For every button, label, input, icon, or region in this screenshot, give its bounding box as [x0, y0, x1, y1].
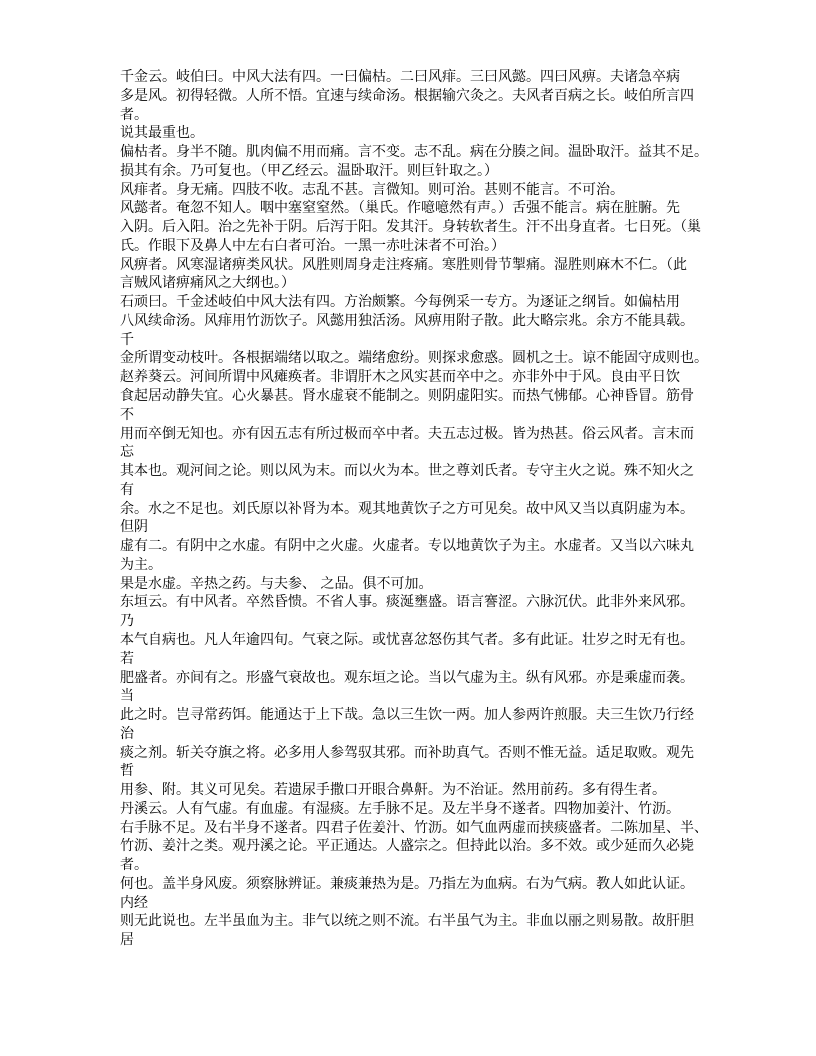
text-line: 虚有二。有阴中之水虚。有阴中之火虚。火虚者。专以地黄饮子为主。水虚者。又当以六味…: [120, 537, 720, 556]
text-line: 则无此说也。左半虽血为主。非气以统之则不流。右半虽气为主。非血以丽之则易散。故肝…: [120, 912, 720, 931]
text-line: 竹沥、姜汁之类。观丹溪之论。平正通达。人盛宗之。但持此以治。多不效。或少延而久必…: [120, 837, 720, 856]
text-line: 用参、附。其义可见矣。若遗尿手撒口开眼合鼻鼾。为不治证。然用前药。多有得生者。: [120, 781, 720, 800]
text-line: 肥盛者。亦间有之。形盛气衰故也。观东垣之论。当以气虚为主。纵有风邪。亦是乘虚而袭…: [120, 669, 720, 688]
text-line: 哲: [120, 762, 720, 781]
text-line: 者。: [120, 856, 720, 875]
text-line: 偏枯者。身半不随。肌肉偏不用而痛。言不变。志不乱。病在分腠之间。温卧取汗。益其不…: [120, 143, 720, 162]
text-line: 当: [120, 687, 720, 706]
text-line: 食起居动静失宜。心火暴甚。肾水虚衰不能制之。则阴虚阳实。而热气怫郁。心神昏冒。筋…: [120, 387, 720, 406]
text-line: 千金云。岐伯曰。中风大法有四。一曰偏枯。二曰风痱。三曰风懿。四曰风痹。夫诸急卒病: [120, 68, 720, 87]
text-line: 丹溪云。人有气虚。有血虚。有湿痰。左手脉不足。及左半身不遂者。四物加姜汁、竹沥。: [120, 800, 720, 819]
text-line: 金所谓变动枝叶。各根据端绪以取之。端绪愈纷。则探求愈惑。圆机之士。谅不能固守成则…: [120, 349, 720, 368]
text-line: 说其最重也。: [120, 124, 720, 143]
text-line: 其本也。观河间之论。则以风为末。而以火为本。世之尊刘氏者。专守主火之说。殊不知火…: [120, 462, 720, 481]
text-line: 内经: [120, 894, 720, 913]
text-line: 风痹者。风寒湿诸痹类风状。风胜则周身走注疼痛。寒胜则骨节掣痛。湿胜则麻木不仁。（…: [120, 256, 720, 275]
text-line: 若: [120, 650, 720, 669]
text-line: 氏。作眼下及鼻人中左右白者可治。一黑一赤吐沫者不可治。）: [120, 237, 720, 256]
text-line: 乃: [120, 612, 720, 631]
text-line: 余。水之不足也。刘氏原以补肾为本。观其地黄饮子之方可见矣。故中风又当以真阴虚为本…: [120, 500, 720, 519]
text-line: 损其有余。乃可复也。（甲乙经云。温卧取汗。则巨针取之。）: [120, 162, 720, 181]
text-line: 不: [120, 406, 720, 425]
text-line: 本气自病也。凡人年逾四旬。气衰之际。或忧喜忿怒伤其气者。多有此证。壮岁之时无有也…: [120, 631, 720, 650]
text-line: 石顽曰。千金述岐伯中风大法有四。方治颇繁。今每例采一专方。为逐证之纲旨。如偏枯用: [120, 293, 720, 312]
text-line: 赵养葵云。河间所谓中风瘫痪者。非谓肝木之风实甚而卒中之。亦非外中于风。良由平日饮: [120, 368, 720, 387]
text-line: 千: [120, 331, 720, 350]
text-line: 右手脉不足。及右半身不遂者。四君子佐姜汁、竹沥。如气血两虚而挟痰盛者。二陈加星、…: [120, 819, 720, 838]
text-line: 忘: [120, 443, 720, 462]
text-line: 但阴: [120, 518, 720, 537]
text-line: 治: [120, 725, 720, 744]
text-line: 有: [120, 481, 720, 500]
text-line: 八风续命汤。风痱用竹沥饮子。风懿用独活汤。风痹用附子散。此大略宗兆。余方不能具载…: [120, 312, 720, 331]
text-line: 为主。: [120, 556, 720, 575]
text-line: 风痱者。身无痛。四肢不收。志乱不甚。言微知。则可治。甚则不能言。不可治。: [120, 181, 720, 200]
text-line: 用而卒倒无知也。亦有因五志有所过极而卒中者。夫五志过极。皆为热甚。俗云风者。言末…: [120, 425, 720, 444]
document-page: 千金云。岐伯曰。中风大法有四。一曰偏枯。二曰风痱。三曰风懿。四曰风痹。夫诸急卒病…: [120, 68, 720, 950]
text-line: 者。: [120, 106, 720, 125]
text-line: 入阴。后入阳。治之先补于阴。后泻于阳。发其汗。身转软者生。汗不出身直者。七日死。…: [120, 218, 720, 237]
text-line: 风懿者。奄忽不知人。咽中塞窒窒然。（巢氏。作噫噫然有声。）舌强不能言。病在脏腑。…: [120, 199, 720, 218]
text-line: 痰之剂。斩关夺旗之将。必多用人参驾驭其邪。而补助真气。否则不惟无益。适足取败。观…: [120, 744, 720, 763]
text-line: 东垣云。有中风者。卒然昏愦。不省人事。痰涎壅盛。语言謇涩。六脉沉伏。此非外来风邪…: [120, 593, 720, 612]
text-line: 何也。盖半身风废。须察脉辨证。兼痰兼热为是。乃指左为血病。右为气病。教人如此认证…: [120, 875, 720, 894]
text-line: 言贼风诸痹痛风之大纲也。）: [120, 274, 720, 293]
text-line: 此之时。岂寻常药饵。能通达于上下哉。急以三生饮一两。加人参两许煎服。夫三生饮乃行…: [120, 706, 720, 725]
text-line: 居: [120, 931, 720, 950]
text-line: 果是水虚。辛热之药。与夫参、 之品。俱不可加。: [120, 575, 720, 594]
text-line: 多是风。初得轻微。人所不悟。宜速与续命汤。根据输穴灸之。夫风者百病之长。岐伯所言…: [120, 87, 720, 106]
